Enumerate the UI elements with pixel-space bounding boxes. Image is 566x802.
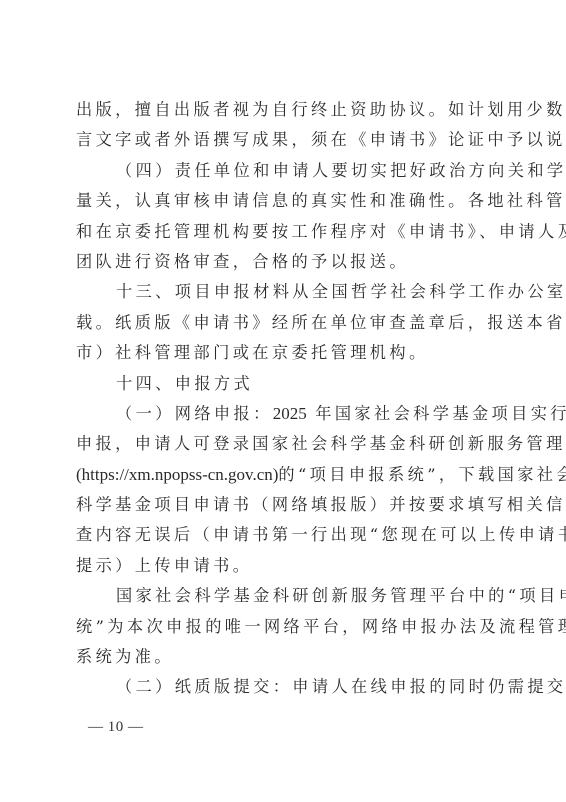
text-line: 科学基金项目申请书（网络填报版）并按要求填写相关信息，检 [76, 490, 500, 520]
text-line: 市）社科管理部门或在京委托管理机构。 [76, 338, 500, 368]
text-line: 查内容无误后（申请书第一行出现“您现在可以上传申请书”的 [76, 520, 500, 550]
text-line: 和在京委托管理机构要按工作程序对《申请书》、申请人及科研 [76, 217, 500, 247]
text-line: 申报，申请人可登录国家社会科学基金科研创新服务管理平台 [76, 429, 500, 459]
text-line-paragraph-start: 国家社会科学基金科研创新服务管理平台中的“项目申报系 [76, 581, 500, 611]
document-page: 出版，擅自出版者视为自行终止资助协议。如计划用少数民族语 言文字或者外语撰写成果… [0, 0, 566, 802]
text-line: (https://xm.npopss-cn.gov.cn)的“项目申报系统”，下… [76, 460, 500, 490]
url-text: (https://xm.npopss-cn.gov.cn) [76, 465, 278, 484]
text-line: 统”为本次申报的唯一网络平台，网络申报办法及流程管理以该 [76, 612, 500, 642]
page-number: — 10 — [88, 719, 144, 736]
text-segment: 年国家社会科学基金项目实行网络 [307, 404, 566, 423]
text-line: 出版，擅自出版者视为自行终止资助协议。如计划用少数民族语 [76, 95, 500, 125]
text-segment: 的“项目申报系统”，下载国家社会 [278, 465, 566, 484]
year-text: 2025 [273, 404, 307, 423]
text-segment: （一）网络申报： [116, 404, 273, 423]
text-line: 言文字或者外语撰写成果，须在《申请书》论证中予以说明。 [76, 125, 500, 155]
text-line-paragraph-start: （一）网络申报：2025 年国家社会科学基金项目实行网络 [76, 399, 500, 429]
text-line: 载。纸质版《申请书》经所在单位审查盖章后，报送本省（区、 [76, 308, 500, 338]
section-heading: 十四、申报方式 [76, 369, 500, 399]
text-line: 团队进行资格审查，合格的予以报送。 [76, 247, 500, 277]
text-line: 提示）上传申请书。 [76, 551, 500, 581]
text-line-paragraph-start: 十三、项目申报材料从全国哲学社会科学工作办公室网站下 [76, 277, 500, 307]
text-line-paragraph-start: （四）责任单位和申请人要切实把好政治方向关和学术质 [76, 156, 500, 186]
text-line: 系统为准。 [76, 642, 500, 672]
body-text: 出版，擅自出版者视为自行终止资助协议。如计划用少数民族语 言文字或者外语撰写成果… [76, 95, 500, 703]
text-line-paragraph-start: （二）纸质版提交：申请人在线申报的同时仍需提交纸质版 [76, 672, 500, 702]
text-line: 量关，认真审核申请信息的真实性和准确性。各地社科管理部门 [76, 186, 500, 216]
